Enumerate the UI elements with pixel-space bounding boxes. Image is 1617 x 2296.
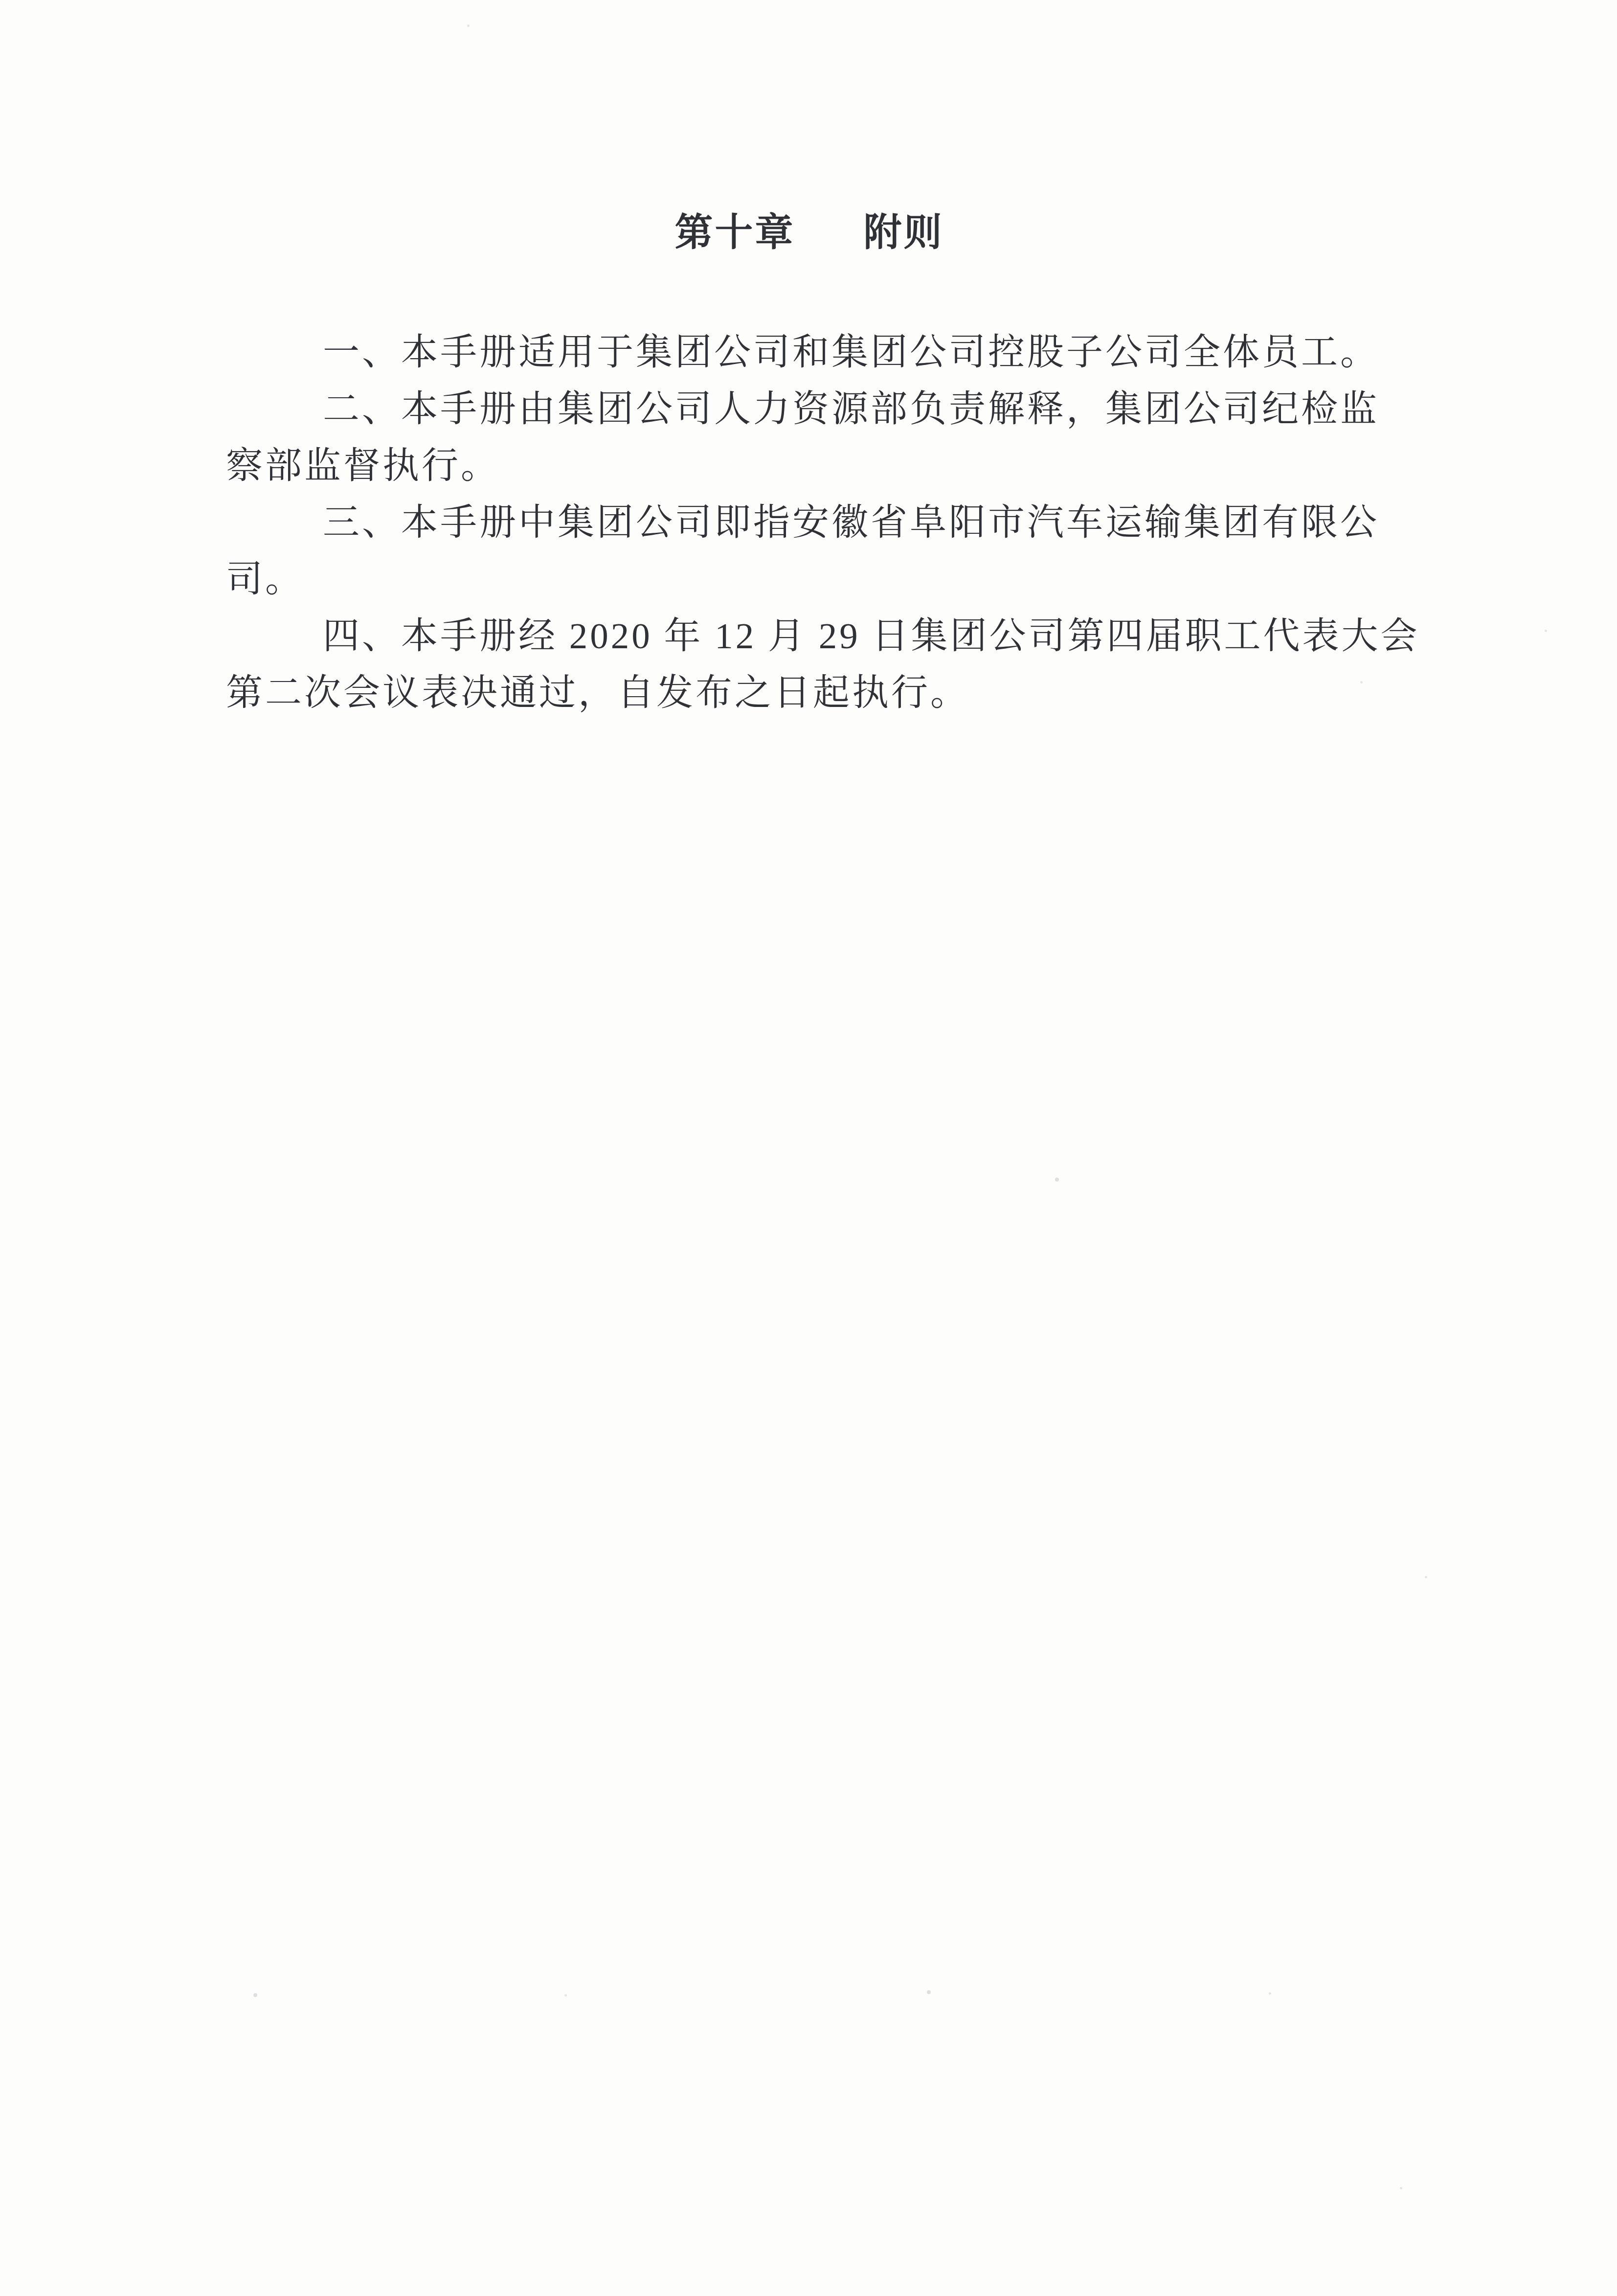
scan-speck bbox=[1425, 1576, 1427, 1578]
scan-speck bbox=[253, 1993, 257, 1997]
scan-speck bbox=[564, 1994, 567, 1997]
scan-speck bbox=[1360, 681, 1363, 683]
scan-speck bbox=[1269, 1992, 1271, 1995]
chapter-heading: 第十章附则 bbox=[226, 214, 1392, 252]
scan-speck bbox=[1055, 1178, 1059, 1182]
document-body: 一、本手册适用于集团公司和集团公司控股子公司全体员工。 二、本手册由集团公司人力… bbox=[226, 324, 1410, 722]
scan-speck bbox=[927, 1990, 931, 1994]
scan-speck bbox=[467, 24, 470, 27]
scan-speck bbox=[1400, 2187, 1402, 2189]
chapter-number: 第十章 bbox=[674, 211, 795, 254]
scanned-document-page: 第十章附则 一、本手册适用于集团公司和集团公司控股子公司全体员工。 二、本手册由… bbox=[0, 0, 1617, 2296]
paragraph-4-line-2: 第二次会议表决通过，自发布之日起执行。 bbox=[226, 665, 1410, 722]
paragraph-1-line-1: 一、本手册适用于集团公司和集团公司控股子公司全体员工。 bbox=[226, 324, 1410, 381]
chapter-title: 附则 bbox=[864, 211, 944, 254]
paragraph-3-line-1: 三、本手册中集团公司即指安徽省阜阳市汽车运输集团有限公 bbox=[226, 495, 1410, 551]
paragraph-3-line-2: 司。 bbox=[226, 551, 1410, 608]
scan-speck bbox=[1545, 630, 1547, 632]
paragraph-4-line-1: 四、本手册经 2020 年 12 月 29 日集团公司第四届职工代表大会 bbox=[226, 608, 1410, 665]
paragraph-2-line-2: 察部监督执行。 bbox=[226, 438, 1410, 495]
paragraph-2-line-1: 二、本手册由集团公司人力资源部负责解释，集团公司纪检监 bbox=[226, 381, 1410, 438]
